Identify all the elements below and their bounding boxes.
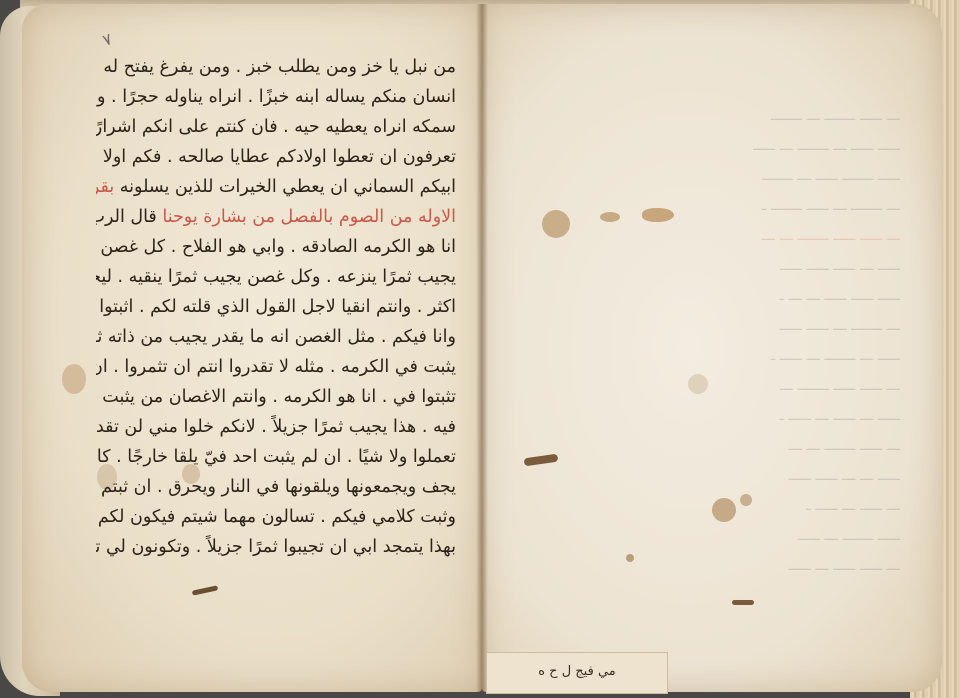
ghost-line: ـــ ـــــ ـــــ ـــ ـــــ — [520, 550, 900, 580]
ghost-line: ـــ ـــــــ ـــ ـــــ ـــــ — [520, 310, 900, 340]
ghost-line: ـــ ـــــ ـــ ـــــ ـ — [520, 490, 900, 520]
book-gutter — [476, 4, 488, 692]
ghost-line: ـــــ ـــ ـــــ ـــــ ـــــ — [520, 250, 900, 280]
water-stain — [62, 364, 86, 394]
ghost-line: ـــــ ـــــــ ـــــ ـــ ـــــــ — [520, 160, 900, 190]
ghost-line: ـــ ـــــ ـــــــ ـــ ـــ — [520, 430, 900, 460]
text-line: يثبت في الكرمه . مثله لا تقدروا انتم ان … — [96, 352, 456, 382]
text-line: تثبتوا في . انا هو الكرمه . وانتم الاغصا… — [96, 382, 456, 412]
text-line: تعملوا ولا شيًا . ان لم يثبت احد فيّ يلق… — [96, 442, 456, 472]
line-text: بهذا يتمجد ابي ان تجيبوا ثمرًا جزيلاً . … — [96, 537, 456, 557]
text-line: وانا فيكم . مثل الغصن انه ما يقدر يجيب م… — [96, 322, 456, 352]
line-text: فيه . هذا يجيب ثمرًا جزيلاً . لانكم خلوا… — [96, 417, 456, 437]
ghost-line: ـــ ـــــ ـــــــ ـــ ـــــــ — [520, 100, 900, 130]
line-text: تعرفون ان تعطوا اولادكم عطايا صالحه . فك… — [103, 147, 456, 167]
line-text: اكثر . وانتم انقيا لاجل القول الذي قلته … — [96, 297, 456, 317]
text-line: اكثر . وانتم انقيا لاجل القول الذي قلته … — [96, 292, 456, 322]
line-text: قال الرب — [96, 207, 157, 227]
text-line: انا هو الكرمه الصادقه . وابي هو الفلاح .… — [96, 232, 456, 262]
ghost-rubric-line: ـــ ـــــ ـــــ ـــــــ ـــ ـــ — [520, 220, 900, 250]
line-text: ابيكم السماني ان يعطي الخيرات للذين يسلو… — [120, 177, 456, 197]
text-line: انسان منكم يساله ابنه خبزًا . انراه يناو… — [96, 82, 456, 112]
line-text: من نبل يا خز ومن يطلب خبز . ومن يفرغ يفت… — [96, 57, 456, 77]
text-line: وثبت كلامي فيكم . تسالون مهما شيتم فيكون… — [96, 502, 456, 532]
left-page-text: من نبل يا خز ومن يطلب خبز . ومن يفرغ يفت… — [96, 52, 456, 562]
text-line: بهذا يتمجد ابي ان تجيبوا ثمرًا جزيلاً . … — [96, 532, 456, 562]
bottom-paper-tab: مي فيج ل ح ه — [486, 652, 668, 694]
manuscript-spread: ٧ من نبل يا خز ومن يطلب خبز . ومن يفرغ ي… — [0, 0, 960, 698]
text-line: يجف ويجمعونها ويلقونها في النار ويحرق . … — [96, 472, 456, 502]
text-line: تعرفون ان تعطوا اولادكم عطايا صالحه . فك… — [96, 142, 456, 172]
rubric-line: الاوله من الصوم بالفصل من بشارة يوحنا قا… — [96, 202, 456, 232]
ghost-line: ـــ ـــــ ـــــ ـــــــ ـــ — [520, 370, 900, 400]
line-text: انا هو الكرمه الصادقه . وابي هو الفلاح .… — [96, 237, 456, 257]
line-text: وثبت كلامي فيكم . تسالون مهما شيتم فيكون… — [98, 507, 456, 527]
text-line: ابيكم السماني ان يعطي الخيرات للذين يسلو… — [96, 172, 456, 202]
line-text: يجف ويجمعونها ويلقونها في النار ويحرق . … — [96, 477, 456, 497]
line-text: سمكه انراه يعطيه حيه . فان كنتم على انكم… — [96, 117, 456, 137]
ghost-line: ـــــ ـــــ ـــــ ـــ ـــ ـ — [520, 280, 900, 310]
paper-tear — [732, 600, 754, 605]
ghost-line: ـــــ ـــــ ـــ ـــــــ ـــ ـــــ — [520, 130, 900, 160]
line-text: تثبتوا في . انا هو الكرمه . وانتم الاغصا… — [96, 387, 456, 407]
ghost-line: ـــــ ـــ ـــ ـــــ ـــــ — [520, 460, 900, 490]
line-text: انسان منكم يساله ابنه خبزًا . انراه يناو… — [96, 87, 456, 107]
text-line: من نبل يا خز ومن يطلب خبز . ومن يفرغ يفت… — [96, 52, 456, 82]
line-text: يجيب ثمرًا ينزعه . وكل غصن يجيب ثمرًا ين… — [96, 267, 456, 287]
ghost-line: ـــ ـــــــ ـــ ـــــ ـــــــ ـ — [520, 190, 900, 220]
text-line: سمكه انراه يعطيه حيه . فان كنتم على انكم… — [96, 112, 456, 142]
rubric-text: بقراوم الجمعه — [96, 177, 114, 197]
ghost-line: ـــــ ـــ ـــــ ـــ ـــــ ـ — [520, 400, 900, 430]
line-text: يثبت في الكرمه . مثله لا تقدروا انتم ان … — [96, 357, 456, 377]
line-text: تعملوا ولا شيًا . ان لم يثبت احد فيّ يلق… — [96, 447, 456, 467]
line-text: وانا فيكم . مثل الغصن انه ما يقدر يجيب م… — [96, 327, 456, 347]
ghost-line: ـــــ ـــ ـــــــ ـــ ـــــ ـ — [520, 340, 900, 370]
ghost-line: ـــــ ـــــــ ـــ ـــــ — [520, 520, 900, 550]
text-line: يجيب ثمرًا ينزعه . وكل غصن يجيب ثمرًا ين… — [96, 262, 456, 292]
text-line: فيه . هذا يجيب ثمرًا جزيلاً . لانكم خلوا… — [96, 412, 456, 442]
right-page-bleedthrough-text: ـــ ـــــ ـــــــ ـــ ـــــــ ـــــ ــــ… — [520, 100, 900, 580]
rubric-text: الاوله من الصوم بالفصل من بشارة يوحنا — [162, 207, 456, 227]
